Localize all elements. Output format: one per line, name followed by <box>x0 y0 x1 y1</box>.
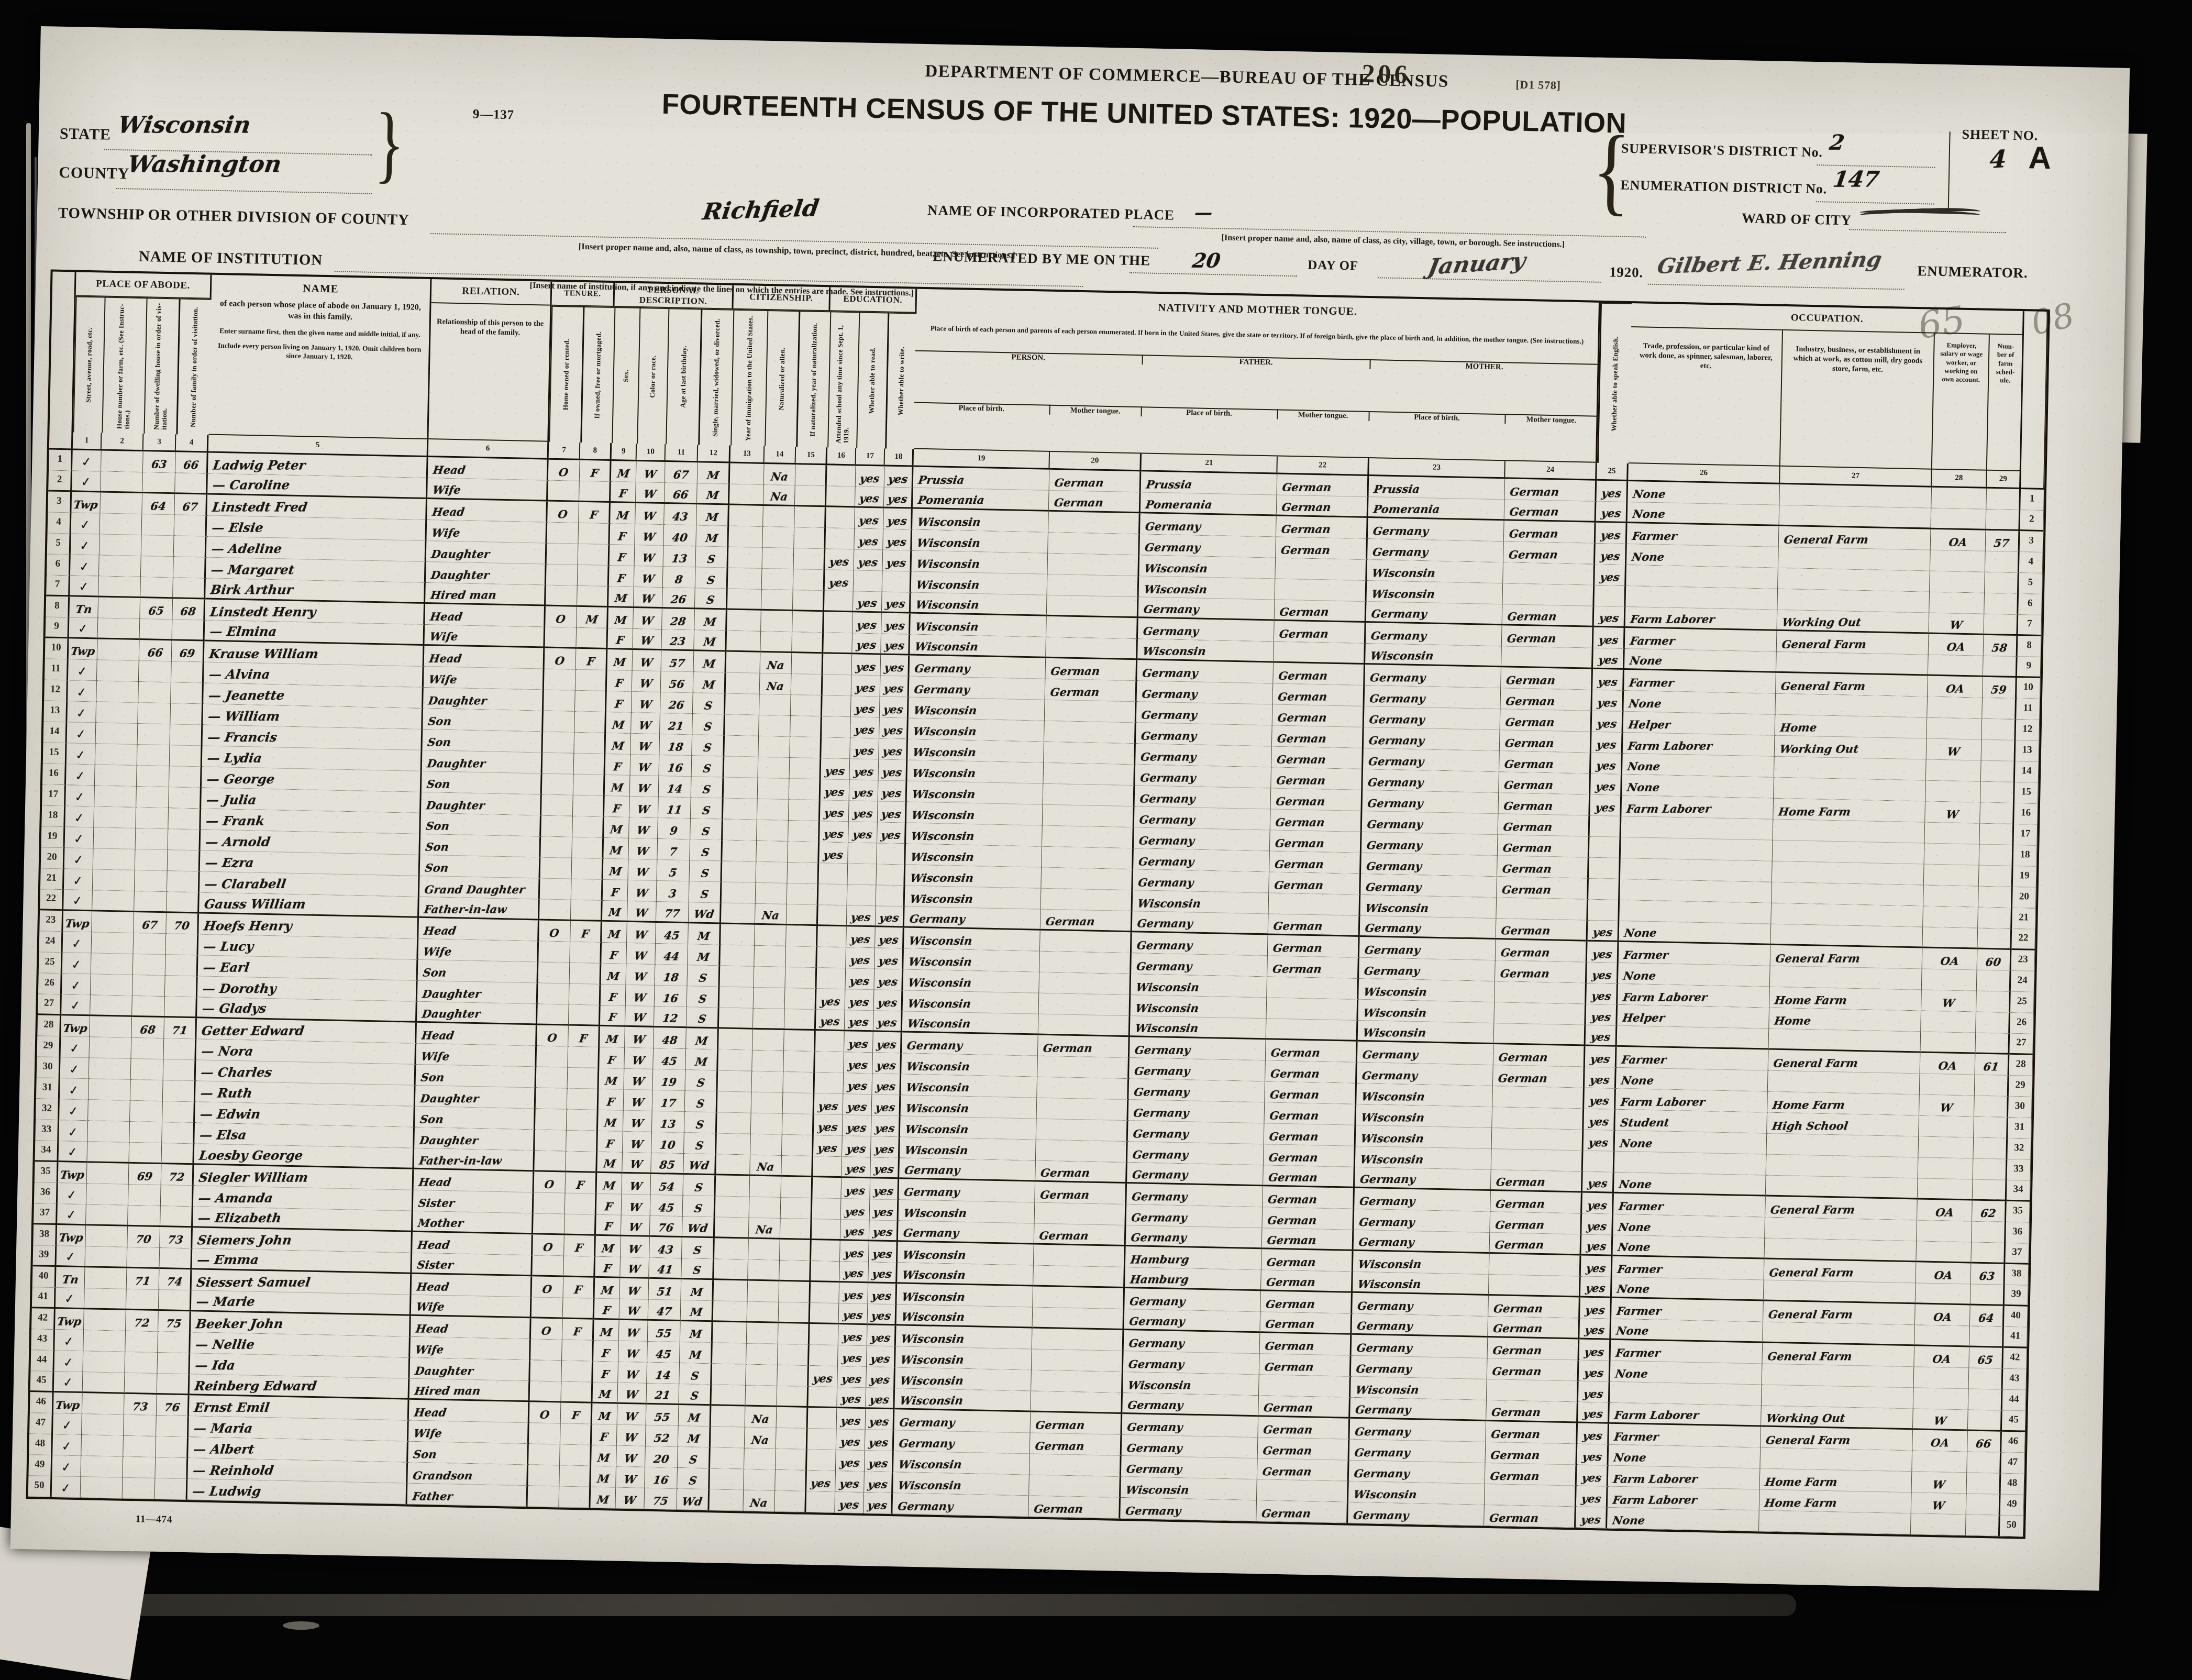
row21-owned_free_or_mortgaged <box>571 879 603 901</box>
handwritten-entry: Head <box>415 1322 449 1335</box>
row42-owned_free_or_mortgaged: F <box>562 1319 594 1341</box>
row6-immigration_year <box>728 568 762 590</box>
handwritten-entry: yes <box>840 1435 861 1449</box>
handwritten-entry: yes <box>874 1143 895 1156</box>
row35-mother_mother_tongue: German <box>1490 1191 1582 1214</box>
row44-street: ✓ <box>54 1351 83 1372</box>
handwritten-entry: F <box>575 1178 585 1191</box>
row11-occupation: None <box>1623 691 1776 715</box>
handwritten-entry: F <box>610 886 619 899</box>
row35-industry: General Farm <box>1765 1197 1918 1221</box>
row11-speaks_english: yes <box>1592 690 1624 712</box>
row44-father_mother_tongue <box>1259 1375 1351 1398</box>
handwritten-entry: German <box>1269 1067 1320 1080</box>
row50-farm_schedule <box>1966 1515 2000 1536</box>
enumeration-dotted-line <box>1816 201 1934 205</box>
row1-home_owned_or_rented: O <box>548 460 580 481</box>
handwritten-entry: S <box>693 1202 703 1215</box>
row50-able_to_write: yes <box>863 1493 893 1514</box>
row3-occupation: Farmer <box>1627 523 1779 547</box>
row37-immigration_year <box>715 1217 749 1239</box>
row13-attended_school <box>822 716 851 738</box>
row4-house_number <box>100 513 142 535</box>
handwritten-entry: German <box>1494 1238 1545 1251</box>
row46-sex: M <box>592 1403 618 1425</box>
handwritten-entry: German <box>1265 1275 1316 1288</box>
handwritten-entry: Daughter <box>430 568 490 581</box>
row10-occupation: Farmer <box>1624 670 1776 694</box>
row13-house_number <box>96 702 138 724</box>
line-number-right: 33 <box>2007 1159 2031 1181</box>
row26-sex: F <box>601 985 626 1006</box>
row47-family_number <box>156 1416 189 1437</box>
row49-sex: M <box>591 1466 616 1488</box>
row35-sex: M <box>596 1173 622 1195</box>
row41-speaks_english: yes <box>1579 1318 1611 1340</box>
row23-mother_tongue <box>1040 931 1132 954</box>
handwritten-entry: Wisconsin <box>910 830 975 843</box>
row9-attended_school <box>823 633 853 654</box>
handwritten-entry: F <box>572 1325 582 1338</box>
row2-mother_mother_tongue: German <box>1504 500 1597 523</box>
handwritten-entry: S <box>690 1369 700 1383</box>
row29-mother_place_of_birth: Germany <box>1357 1063 1493 1086</box>
row26-age: 16 <box>655 986 688 1007</box>
handwritten-entry: W <box>1940 1101 1954 1114</box>
row22-dwelling_number <box>134 891 167 913</box>
handwritten-entry: Germany <box>1132 1148 1189 1161</box>
row21-naturalized_or_alien <box>756 883 788 904</box>
row5-father_place_of_birth: Wisconsin <box>1139 555 1276 579</box>
handwritten-entry: S <box>688 1474 698 1487</box>
handwritten-entry: German <box>1277 711 1327 724</box>
handwritten-entry: yes <box>1600 506 1622 520</box>
row19-mother_mother_tongue: German <box>1497 856 1589 879</box>
row27-mother_tongue <box>1038 1014 1131 1037</box>
handwritten-entry: W <box>1949 618 1963 632</box>
row13-marital_status: S <box>692 714 725 735</box>
row50-color_or_race: W <box>615 1488 645 1509</box>
row5-age: 13 <box>663 546 696 567</box>
handwritten-entry: — Maria <box>193 1421 253 1436</box>
row29-able_to_write: yes <box>872 1053 902 1074</box>
handwritten-entry: yes <box>877 975 899 988</box>
handwritten-entry: Wisconsin <box>1371 566 1436 579</box>
handwritten-entry: ✓ <box>63 1335 74 1350</box>
handwritten-entry: yes <box>848 1037 869 1051</box>
row50-occupation: None <box>1607 1508 1759 1532</box>
handwritten-entry: Germany <box>1357 1299 1414 1312</box>
handwritten-entry: Germany <box>902 1226 959 1240</box>
handwritten-entry: Germany <box>1358 1215 1415 1229</box>
row29-naturalization_year <box>783 1051 815 1073</box>
row22-occupation: None <box>1619 921 1772 945</box>
row48-mother_place_of_birth: Germany <box>1349 1461 1486 1484</box>
row2-street: ✓ <box>72 471 101 492</box>
handwritten-entry: O <box>554 654 566 667</box>
row45-color_or_race: W <box>617 1383 647 1405</box>
row11-naturalized_or_alien: Na <box>760 673 792 695</box>
row28-place_of_birth: Germany <box>902 1032 1038 1056</box>
group-place-of-abode: PLACE OF ABODE. <box>76 272 212 299</box>
row26-house_number <box>91 974 133 996</box>
group-relation: RELATION. <box>431 279 552 306</box>
handwritten-entry: Germany <box>1128 1336 1185 1350</box>
row1-naturalization_year <box>795 465 827 486</box>
row33-attended_school: yes <box>813 1135 843 1157</box>
handwritten-entry: Wife <box>429 630 459 643</box>
row41-naturalized_or_alien <box>747 1302 779 1323</box>
handwritten-entry: Wisconsin <box>1143 583 1208 596</box>
row31-father_place_of_birth: Germany <box>1128 1100 1265 1123</box>
row6-industry <box>1777 589 1930 613</box>
row3-mother_mother_tongue: German <box>1504 521 1596 544</box>
handwritten-entry: Wisconsin <box>908 934 973 947</box>
handwritten-entry: None <box>1622 969 1657 982</box>
row13-naturalized_or_alien <box>759 715 791 737</box>
handwritten-entry: yes <box>855 702 876 715</box>
row27-dwelling_number <box>132 996 165 1018</box>
row20-occupation <box>1620 879 1772 903</box>
row18-immigration_year <box>723 819 757 841</box>
handwritten-entry: O <box>541 1283 553 1296</box>
row47-mother_place_of_birth: Germany <box>1349 1440 1486 1463</box>
row3-father_mother_tongue: German <box>1276 516 1368 539</box>
handwritten-entry: yes <box>845 1162 867 1175</box>
row18-family_number <box>168 808 201 830</box>
row8-naturalization_year <box>792 611 824 633</box>
row20-house_number <box>93 848 136 870</box>
row42-sex: M <box>594 1320 619 1341</box>
handwritten-entry: yes <box>885 556 907 569</box>
handwritten-entry: Reinberg Edward <box>194 1378 318 1394</box>
row4-employer_class <box>1930 550 1986 572</box>
handwritten-entry: 67 <box>672 468 690 481</box>
handwritten-entry: Wisconsin <box>903 1207 968 1220</box>
column-15-vertical-label: If natural­ized, year of natural­ization… <box>796 311 830 447</box>
handwritten-entry: Germany <box>1129 1295 1186 1308</box>
row20-mother_tongue <box>1041 868 1133 891</box>
line-number-left: 39 <box>32 1245 57 1267</box>
handwritten-entry: yes <box>854 744 875 757</box>
handwritten-entry: W <box>628 1242 642 1255</box>
handwritten-entry: 7 <box>669 845 678 858</box>
handwritten-entry: yes <box>853 807 874 820</box>
row47-dwelling_number <box>124 1415 157 1436</box>
row23-farm_schedule: 60 <box>1977 949 2012 971</box>
row11-able_to_read: yes <box>851 675 881 697</box>
row4-family_number <box>174 515 207 536</box>
row2-owned_free_or_mortgaged <box>579 481 611 503</box>
row6-father_mother_tongue <box>1275 579 1367 602</box>
row18-color_or_race: W <box>629 817 658 839</box>
handwritten-entry: yes <box>1584 1323 1606 1336</box>
handwritten-entry: S <box>701 846 711 859</box>
handwritten-entry: Head <box>432 463 466 477</box>
column-11-vertical-label: Age at last birth­day. <box>666 308 701 445</box>
row43-father_place_of_birth: Germany <box>1123 1351 1260 1375</box>
row27-employer_class <box>1920 1032 1976 1054</box>
handwritten-entry: S <box>706 573 716 587</box>
row45-occupation: Farm Laborer <box>1609 1403 1762 1427</box>
handwritten-entry: yes <box>875 1080 896 1093</box>
handwritten-entry: yes <box>1582 1387 1604 1400</box>
row36-mother_tongue <box>1034 1203 1126 1226</box>
row20-place_of_birth: Wisconsin <box>905 865 1042 888</box>
row15-father_place_of_birth: Germany <box>1135 765 1271 788</box>
handwritten-entry: yes <box>883 682 904 695</box>
row26-dwelling_number <box>132 975 165 997</box>
row28-dwelling_number: 68 <box>131 1017 164 1038</box>
row41-owned_free_or_mortgaged <box>563 1298 595 1320</box>
handwritten-entry: yes <box>853 786 874 799</box>
row39-father_place_of_birth: Hamburg <box>1125 1267 1261 1291</box>
row17-mother_mother_tongue: German <box>1498 814 1590 837</box>
row11-father_mother_tongue: German <box>1272 683 1365 706</box>
row37-marital_status: Wd <box>682 1217 715 1238</box>
handwritten-entry: Germany <box>1125 1462 1182 1475</box>
line-number-right: 47 <box>2001 1453 2025 1474</box>
handwritten-entry: S <box>702 783 712 796</box>
handwritten-entry: yes <box>855 660 877 673</box>
handwritten-entry: — Ezra <box>204 855 255 870</box>
row30-father_place_of_birth: Germany <box>1128 1079 1265 1102</box>
row25-able_to_read: yes <box>845 968 874 990</box>
row9-immigration_year <box>726 631 761 653</box>
row47-naturalization_year <box>776 1428 808 1450</box>
handwritten-entry: Daughter <box>419 1092 480 1105</box>
row27-naturalized_or_alien <box>753 1009 785 1030</box>
handwritten-entry: Hired man <box>429 588 497 601</box>
handwritten-entry: Germany <box>1125 1504 1182 1517</box>
handwritten-entry: M <box>688 1349 702 1362</box>
row8-farm_schedule: 58 <box>1984 635 2018 657</box>
row31-sex: F <box>599 1089 624 1111</box>
row28-farm_schedule: 61 <box>1975 1054 2010 1076</box>
row8-speaks_english: yes <box>1593 627 1625 649</box>
row9-house_number <box>98 618 140 640</box>
row6-speaks_english <box>1594 585 1626 607</box>
row42-mother_mother_tongue: German <box>1487 1338 1579 1361</box>
handwritten-entry: 70 <box>173 919 191 932</box>
row36-owned_free_or_mortgaged <box>565 1193 597 1215</box>
handwritten-entry: 60 <box>1985 955 2002 968</box>
handwritten-entry: Germany <box>1370 629 1427 642</box>
column-26-description: Trade, profession, or partic­ular kind o… <box>1629 327 1783 467</box>
handwritten-entry: Germany <box>1363 964 1420 977</box>
row36-employer_class <box>1917 1220 1972 1242</box>
row7-mother_mother_tongue: German <box>1502 604 1595 627</box>
row26-employer_class <box>1921 1011 1976 1033</box>
line-number-left: 10 <box>45 638 69 659</box>
row30-home_owned_or_rented <box>536 1067 568 1088</box>
row42-immigration_year <box>713 1322 747 1343</box>
row21-able_to_write <box>876 885 905 907</box>
row24-farm_schedule <box>1977 970 2011 992</box>
handwritten-entry: W <box>631 1075 645 1088</box>
handwritten-entry: General Farm <box>1769 1203 1856 1216</box>
handwritten-entry: yes <box>817 1121 839 1134</box>
row38-house_number <box>85 1225 128 1247</box>
row8-color_or_race: W <box>633 608 662 629</box>
row32-industry <box>1766 1134 1919 1158</box>
row3-able_to_write: yes <box>883 508 913 529</box>
row22-able_to_read: yes <box>847 905 876 927</box>
row2-immigration_year <box>729 484 764 506</box>
row16-age: 14 <box>659 776 692 798</box>
row7-mother_tongue <box>1047 595 1139 618</box>
row18-occupation <box>1621 837 1773 861</box>
handwritten-entry: Mother <box>417 1217 464 1230</box>
row10-speaks_english: yes <box>1592 669 1624 691</box>
handwritten-entry: Working Out <box>1781 615 1862 628</box>
row24-house_number <box>91 932 134 954</box>
row34-speaks_english: yes <box>1582 1172 1614 1193</box>
row34-mother_mother_tongue: German <box>1491 1170 1583 1193</box>
row31-home_owned_or_rented <box>536 1088 568 1109</box>
row48-street: ✓ <box>52 1434 82 1456</box>
line-number-right: 44 <box>2002 1390 2027 1411</box>
column-number-4: 4 <box>176 434 209 452</box>
row44-naturalization_year <box>777 1365 809 1387</box>
row15-place_of_birth: Wisconsin <box>907 760 1044 784</box>
handwritten-entry: M <box>601 1242 615 1255</box>
row8-father_place_of_birth: Germany <box>1138 618 1275 642</box>
handwritten-entry: F <box>612 802 622 815</box>
handwritten-entry: 16 <box>652 1473 670 1486</box>
row1-age: 67 <box>665 462 698 483</box>
handwritten-entry: German <box>1264 1360 1314 1373</box>
county-dotted-line <box>116 188 372 194</box>
row13-father_place_of_birth: Germany <box>1136 723 1272 746</box>
column-17-vertical-label: Whether able to read. <box>856 312 888 448</box>
row47-able_to_read: yes <box>836 1429 866 1451</box>
handwritten-entry: German <box>1272 920 1323 933</box>
handwritten-entry: Wisconsin <box>1361 1090 1426 1103</box>
row38-employer_class: OA <box>1916 1262 1972 1284</box>
handwritten-entry: — Ludwig <box>192 1484 262 1499</box>
handwritten-entry: — Nora <box>201 1044 254 1059</box>
row14-naturalized_or_alien <box>758 736 790 758</box>
column-12-vertical-label: Single, married, widowed, or di­vorced. <box>698 308 733 445</box>
row10-naturalized_or_alien: Na <box>760 653 792 674</box>
handwritten-entry: M <box>694 1034 708 1047</box>
handwritten-entry: None <box>1623 926 1658 940</box>
handwritten-entry: yes <box>886 535 907 548</box>
handwritten-entry: S <box>703 720 713 733</box>
row35-mother_place_of_birth: Germany <box>1354 1188 1491 1212</box>
row31-naturalization_year <box>783 1093 815 1114</box>
column-number-15: 15 <box>795 447 827 465</box>
row40-place_of_birth: Wisconsin <box>896 1284 1033 1307</box>
row29-mother_mother_tongue: German <box>1493 1065 1585 1088</box>
row41-house_number <box>84 1288 127 1310</box>
row24-mother_tongue <box>1039 952 1132 975</box>
handwritten-entry: German <box>1493 1302 1544 1315</box>
handwritten-entry: Twp <box>70 645 96 658</box>
handwritten-entry: Germany <box>1356 1341 1413 1354</box>
row24-age: 44 <box>655 944 688 965</box>
handwritten-entry: yes <box>887 514 908 527</box>
row46-color_or_race: W <box>617 1404 647 1425</box>
row14-able_to_write: yes <box>879 738 908 760</box>
handwritten-entry: German <box>1261 1507 1312 1520</box>
handwritten-entry: Head <box>423 924 457 937</box>
handwritten-entry: ✓ <box>69 1084 80 1098</box>
handwritten-entry: yes <box>1587 1177 1608 1190</box>
row17-father_mother_tongue: German <box>1270 809 1363 832</box>
handwritten-entry: Germany <box>1354 1425 1411 1438</box>
row11-color_or_race: W <box>632 671 661 692</box>
row4-mother_tongue <box>1048 533 1140 556</box>
handwritten-entry: ✓ <box>69 1042 80 1056</box>
handwritten-entry: yes <box>824 806 845 820</box>
handwritten-entry: German <box>1508 527 1559 540</box>
row27-place_of_birth: Wisconsin <box>902 1011 1039 1035</box>
handwritten-entry: German <box>1267 1192 1318 1206</box>
handwritten-entry: Wisconsin <box>909 892 974 905</box>
handwritten-entry: 75 <box>652 1494 669 1507</box>
handwritten-entry: S <box>694 1139 704 1152</box>
handwritten-entry: German <box>1053 496 1104 509</box>
row28-attended_school <box>815 1031 845 1052</box>
handwritten-entry: S <box>700 888 710 901</box>
row4-dwelling_number <box>142 514 175 536</box>
row28-occupation: Farmer <box>1617 1047 1769 1071</box>
handwritten-entry: Wd <box>687 1222 709 1235</box>
row50-father_mother_tongue: German <box>1256 1500 1348 1523</box>
line-number-right: 3 <box>2020 531 2044 552</box>
row3-sex: M <box>610 503 636 524</box>
row41-immigration_year <box>713 1301 748 1322</box>
handwritten-entry: — Arnold <box>205 834 271 849</box>
handwritten-entry: German <box>1499 967 1550 980</box>
handwritten-entry: F <box>617 550 626 563</box>
handwritten-entry: O <box>555 612 567 625</box>
handwritten-entry: M <box>598 1387 612 1400</box>
handwritten-entry: German <box>1269 1088 1320 1101</box>
row43-age: 45 <box>647 1342 680 1363</box>
row26-home_owned_or_rented <box>538 983 570 1004</box>
handwritten-entry: M <box>596 1472 611 1485</box>
row8-mother_mother_tongue: German <box>1502 625 1594 648</box>
line-number-left: 16 <box>42 764 67 785</box>
handwritten-entry: Grandson <box>412 1469 473 1482</box>
row42-age: 55 <box>648 1321 681 1342</box>
handwritten-entry: F <box>615 633 625 646</box>
row9-naturalization_year <box>792 632 824 654</box>
row35-house_number <box>87 1163 129 1185</box>
place-of-birth-label: Place of birth. <box>914 402 1050 414</box>
row43-attended_school <box>809 1345 838 1366</box>
row11-industry <box>1775 694 1928 718</box>
line-number-right: 8 <box>2018 636 2042 657</box>
handwritten-entry: Germany <box>1127 1357 1184 1370</box>
row41-father_place_of_birth: Germany <box>1124 1309 1260 1333</box>
column-number-22: 22 <box>1277 457 1369 477</box>
handwritten-entry: W <box>638 739 652 753</box>
handwritten-entry: yes <box>850 933 871 946</box>
row33-marital_status: S <box>684 1133 717 1154</box>
row28-family_number: 71 <box>164 1018 197 1039</box>
row21-immigration_year <box>722 882 756 903</box>
row45-relation: Hired man <box>409 1379 530 1402</box>
handwritten-entry: Daughter <box>414 1364 474 1377</box>
row6-color_or_race: W <box>634 566 663 588</box>
handwritten-entry: yes <box>1585 1262 1607 1275</box>
row21-home_owned_or_rented <box>540 878 572 900</box>
handwritten-entry: Siessert Samuel <box>196 1275 312 1290</box>
